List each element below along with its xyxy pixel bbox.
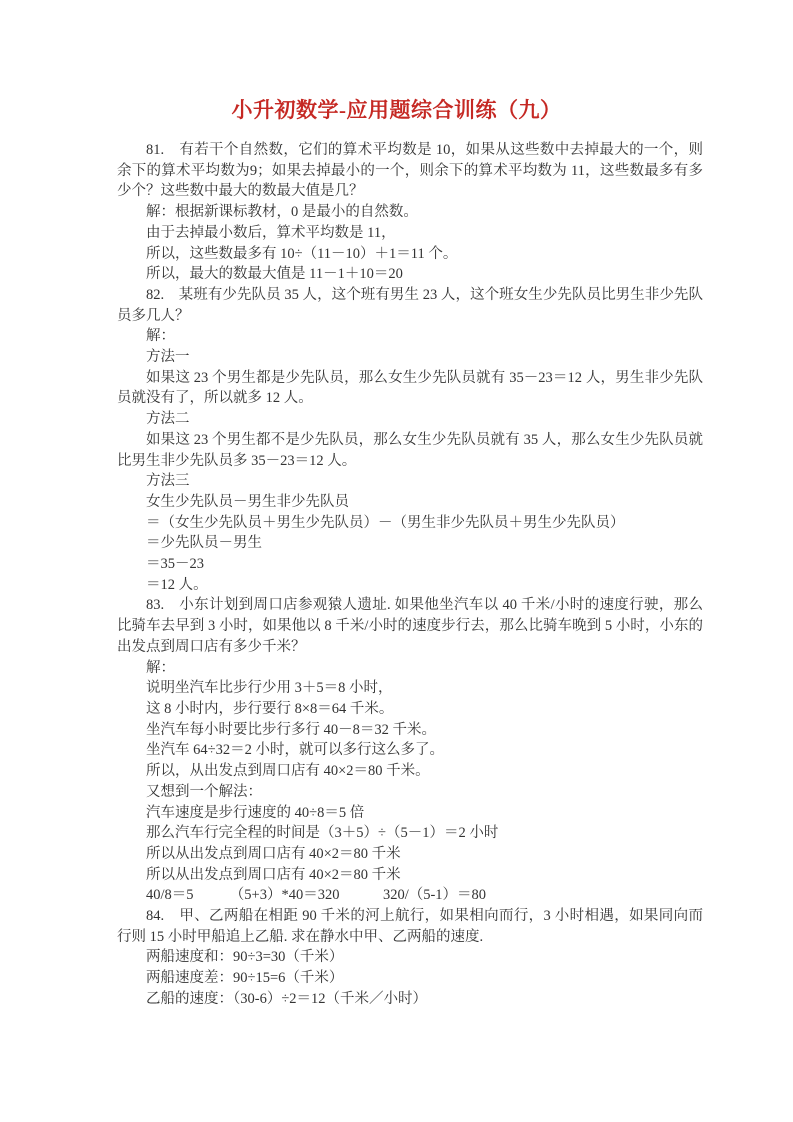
problem-83-statement: 83. 小东计划到周口店参观猿人遗址. 如果他坐汽车以 40 千米/小时的速度行… xyxy=(117,595,703,657)
solution-line: 又想到一个解法： xyxy=(117,782,703,803)
document-page: 小升初数学-应用题综合训练（九） 81. 有若干个自然数，它们的算术平均数是 1… xyxy=(0,0,793,1122)
solution-line: 两船速度和：90÷3=30（千米） xyxy=(117,947,703,968)
solution-line: 解： xyxy=(117,658,703,679)
problem-82-statement: 82. 某班有少先队员 35 人，这个班有男生 23 人，这个班女生少先队员比男… xyxy=(117,285,703,326)
solution-line: 坐汽车每小时要比步行多行 40－8＝32 千米。 xyxy=(117,720,703,741)
solution-line: 方法三 xyxy=(117,471,703,492)
solution-line: 所以，这些数最多有 10÷（11－10）＋1＝11 个。 xyxy=(117,244,703,265)
solution-line: 所以从出发点到周口店有 40×2＝80 千米 xyxy=(117,844,703,865)
solution-line: 两船速度差：90÷15=6（千米） xyxy=(117,968,703,989)
solution-line: 说明坐汽车比步行少用 3＋5＝8 小时， xyxy=(117,678,703,699)
solution-line: 乙船的速度：（30-6）÷2＝12（千米／小时） xyxy=(117,989,703,1010)
solution-line: 汽车速度是步行速度的 40÷8＝5 倍 xyxy=(117,803,703,824)
solution-line: 所以从出发点到周口店有 40×2＝80 千米 xyxy=(117,865,703,886)
solution-line: 这 8 小时内，步行要行 8×8＝64 千米。 xyxy=(117,699,703,720)
solution-line: ＝35－23 xyxy=(117,554,703,575)
document-body: 81. 有若干个自然数，它们的算术平均数是 10，如果从这些数中去掉最大的一个，… xyxy=(0,140,793,1010)
solution-line: 方法二 xyxy=(117,409,703,430)
problem-84-statement: 84. 甲、乙两船在相距 90 千米的河上航行，如果相向而行，3 小时相遇，如果… xyxy=(117,906,703,947)
solution-line: 坐汽车 64÷32＝2 小时，就可以多行这么多了。 xyxy=(117,740,703,761)
solution-line: 方法一 xyxy=(117,347,703,368)
solution-line: ＝少先队员－男生 xyxy=(117,533,703,554)
solution-line: 如果这 23 个男生都不是少先队员，那么女生少先队员就有 35 人，那么女生少先… xyxy=(117,430,703,471)
problem-81-statement: 81. 有若干个自然数，它们的算术平均数是 10，如果从这些数中去掉最大的一个，… xyxy=(117,140,703,202)
solution-line: 女生少先队员－男生非少先队员 xyxy=(117,492,703,513)
solution-line: 如果这 23 个男生都是少先队员，那么女生少先队员就有 35－23＝12 人，男… xyxy=(117,368,703,409)
solution-line: 解：根据新课标教材，0 是最小的自然数。 xyxy=(117,202,703,223)
solution-line: ＝12 人。 xyxy=(117,575,703,596)
solution-line: 40/8＝5 （5+3）*40＝320 320/（5-1）＝80 xyxy=(117,885,703,906)
solution-line: 那么汽车行完全程的时间是（3＋5）÷（5－1）＝2 小时 xyxy=(117,823,703,844)
solution-line: 解： xyxy=(117,326,703,347)
solution-line: 由于去掉最小数后，算术平均数是 11， xyxy=(117,223,703,244)
solution-line: 所以，最大的数最大值是 11－1＋10＝20 xyxy=(117,264,703,285)
document-title: 小升初数学-应用题综合训练（九） xyxy=(0,97,793,123)
solution-line: ＝（女生少先队员＋男生少先队员）－（男生非少先队员＋男生少先队员） xyxy=(117,513,703,534)
solution-line: 所以，从出发点到周口店有 40×2＝80 千米。 xyxy=(117,761,703,782)
